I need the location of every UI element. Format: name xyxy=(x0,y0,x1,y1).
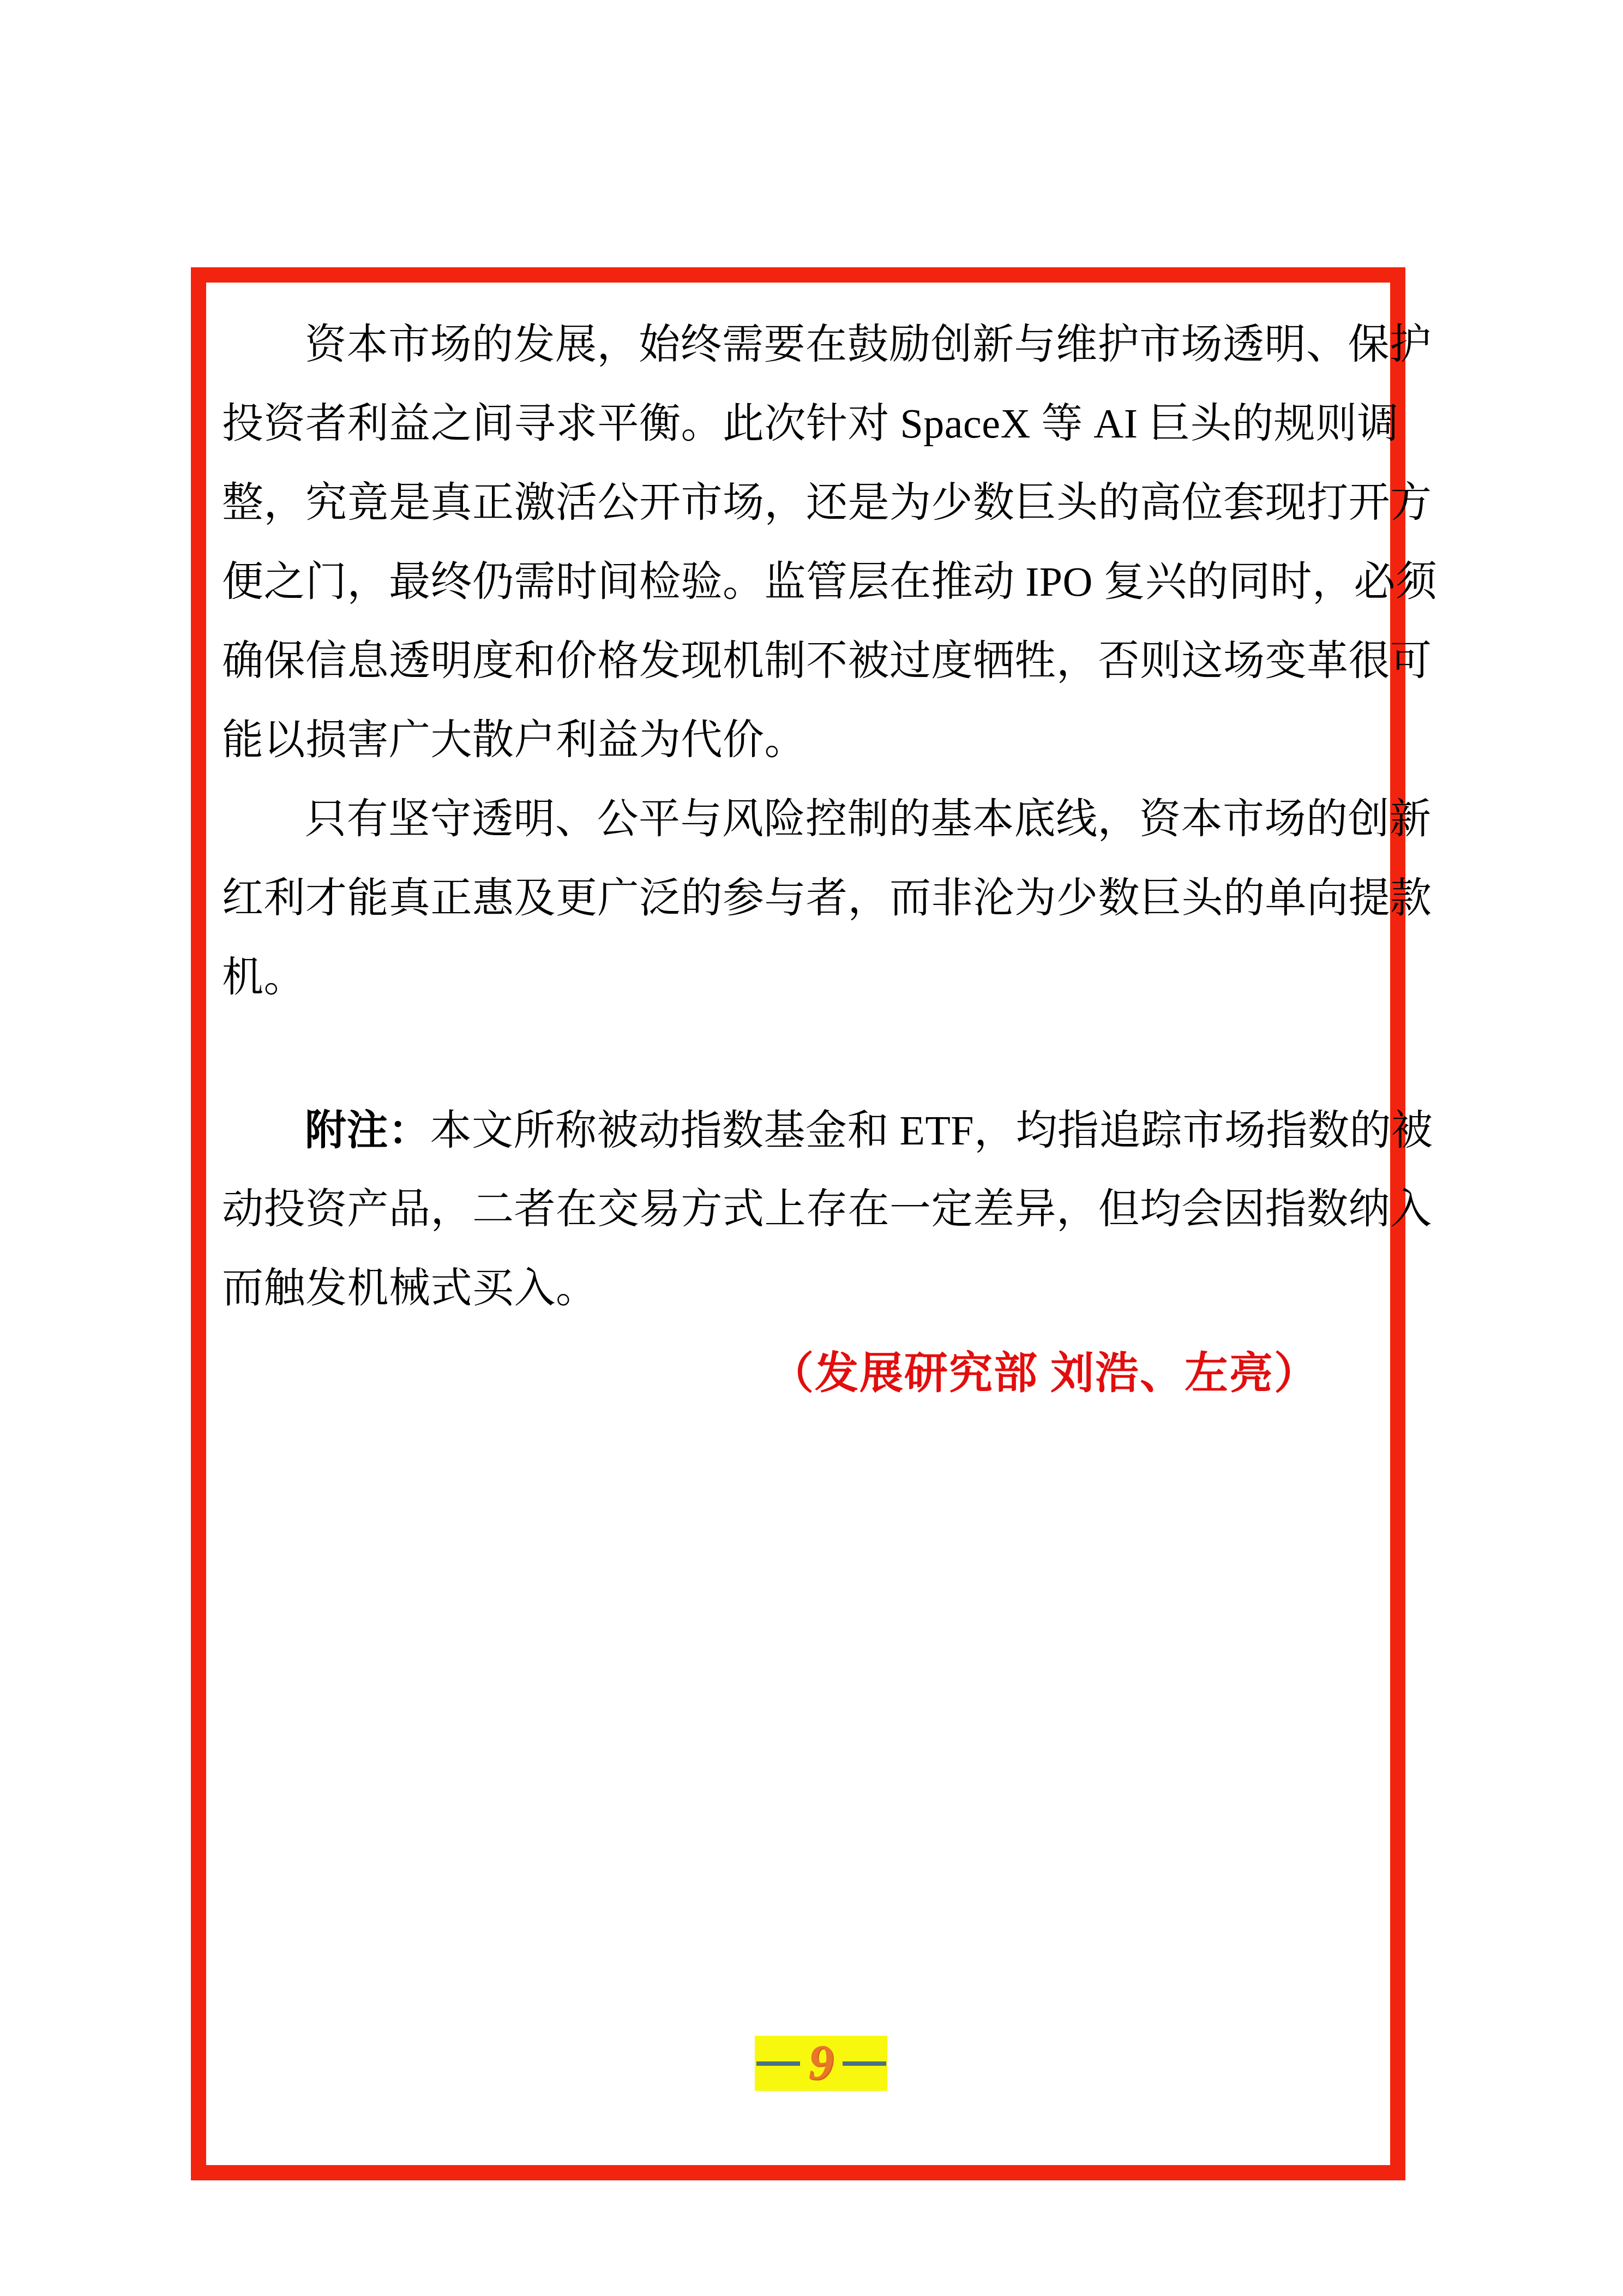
paragraph-note: 附注：本文所称被动指数基金和 ETF，均指追踪市场指数的被动投资产品，二者在交易… xyxy=(222,1091,1388,1328)
text-line: 而触发机械式买入。 xyxy=(222,1249,1388,1328)
page-number-badge: 9 xyxy=(755,2036,887,2091)
paragraph-spacer xyxy=(222,1017,1388,1091)
paragraph-conclusion-1: 资本市场的发展，始终需要在鼓励创新与维护市场透明、保护投资者利益之间寻求平衡。此… xyxy=(222,305,1388,780)
signature-line: （发展研究部 刘浩、左亮） xyxy=(222,1334,1388,1413)
text-line: 投资者利益之间寻求平衡。此次针对 SpaceX 等 AI 巨头的规则调 xyxy=(222,385,1388,464)
document-page: { "colors": { "border_red": "#f3240f", "… xyxy=(0,0,1623,2296)
text-line: 机。 xyxy=(222,938,1388,1017)
note-label: 附注： xyxy=(305,1107,430,1154)
text-line: 确保信息透明度和价格发现机制不被过度牺牲，否则这场变革很可 xyxy=(222,622,1388,701)
text-line: 能以损害广大散户利益为代价。 xyxy=(222,701,1388,780)
text-line: 资本市场的发展，始终需要在鼓励创新与维护市场透明、保护 xyxy=(222,305,1388,385)
footer-dash-left xyxy=(756,2061,800,2066)
text-line: 整，究竟是真正激活公开市场，还是为少数巨头的高位套现打开方 xyxy=(222,464,1388,543)
document-body: 资本市场的发展，始终需要在鼓励创新与维护市场透明、保护投资者利益之间寻求平衡。此… xyxy=(222,305,1388,1413)
page-number: 9 xyxy=(809,2035,834,2090)
text-line: 便之门，最终仍需时间检验。监管层在推动 IPO 复兴的同时，必须 xyxy=(222,543,1388,622)
footer-dash-right xyxy=(843,2061,886,2066)
text-line: 只有坚守透明、公平与风险控制的基本底线，资本市场的创新 xyxy=(222,780,1388,859)
paragraph-conclusion-2: 只有坚守透明、公平与风险控制的基本底线，资本市场的创新红利才能真正惠及更广泛的参… xyxy=(222,780,1388,1017)
text-line: 动投资产品，二者在交易方式上存在一定差异，但均会因指数纳入 xyxy=(222,1170,1388,1249)
text-line: 红利才能真正惠及更广泛的参与者，而非沦为少数巨头的单向提款 xyxy=(222,859,1388,938)
text-line: 附注：本文所称被动指数基金和 ETF，均指追踪市场指数的被 xyxy=(222,1091,1388,1170)
